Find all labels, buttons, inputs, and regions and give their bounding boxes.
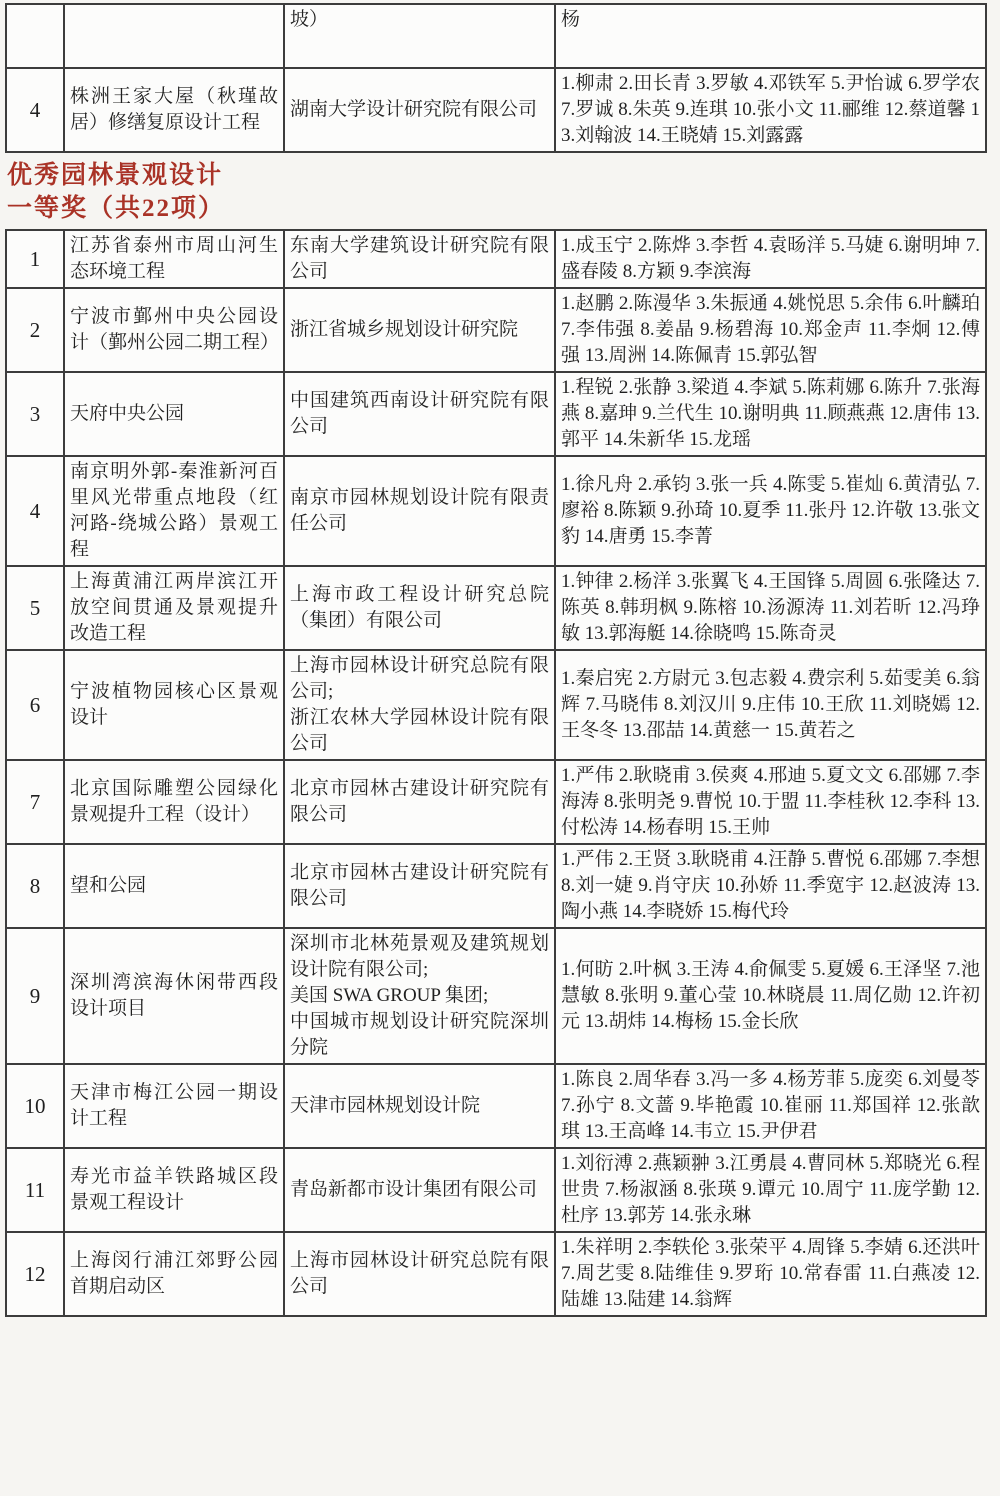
project-name-cell: 宁波植物园核心区景观设计: [64, 650, 284, 760]
rank-cell: 3: [6, 372, 64, 456]
project-name-cell: 江苏省泰州市周山河生态环境工程: [64, 230, 284, 288]
rank-cell: 9: [6, 928, 64, 1064]
project-name-cell: 上海闵行浦江郊野公园首期启动区: [64, 1232, 284, 1316]
prize-tier-title: 一等奖（共22项）: [7, 192, 1000, 225]
rank-cell: 6: [6, 650, 64, 760]
rank-cell: 7: [6, 760, 64, 844]
design-company-cell: 北京市园林古建设计研究院有限公司: [284, 844, 555, 928]
table-row: 10 天津市梅江公园一期设计工程 天津市园林规划设计院 1.陈良 2.周华春 3…: [6, 1064, 986, 1148]
design-company-cell: 上海市政工程设计研究总院（集团）有限公司: [284, 566, 555, 650]
designer-names-cell: 杨: [555, 4, 986, 68]
designer-names-cell: 1.赵鹏 2.陈漫华 3.朱振通 4.姚悦思 5.余伟 6.叶麟珀 7.李伟强 …: [555, 288, 986, 372]
document-page: 坡） 杨 4 株洲王家大屋（秋瑾故居）修缮复原设计工程 湖南大学设计研究院有限公…: [0, 0, 1000, 1317]
design-company-cell: 上海市园林设计研究总院有限公司; 浙江农林大学园林设计院有限公司: [284, 650, 555, 760]
designer-names-cell: 1.何昉 2.叶枫 3.王涛 4.俞佩雯 5.夏媛 6.王泽坚 7.池慧敏 8.…: [555, 928, 986, 1064]
table-row: 11 寿光市益羊铁路城区段景观工程设计 青岛新都市设计集团有限公司 1.刘衍溥 …: [6, 1148, 986, 1232]
project-name-cell: [64, 4, 284, 68]
designer-names-cell: 1.成玉宁 2.陈烨 3.李哲 4.袁旸洋 5.马婕 6.谢明坤 7.盛春陵 8…: [555, 230, 986, 288]
designer-names-cell: 1.徐凡舟 2.承钧 3.张一兵 4.陈雯 5.崔灿 6.黄清弘 7.廖裕 8.…: [555, 456, 986, 566]
table-row: 7 北京国际雕塑公园绿化景观提升工程（设计） 北京市园林古建设计研究院有限公司 …: [6, 760, 986, 844]
designer-names-cell: 1.严伟 2.耿晓甫 3.侯爽 4.邢迪 5.夏文文 6.邵娜 7.李海涛 8.…: [555, 760, 986, 844]
rank-cell: 8: [6, 844, 64, 928]
section-heading: 优秀园林景观设计 一等奖（共22项）: [5, 153, 1000, 229]
rank-cell: 10: [6, 1064, 64, 1148]
design-company-cell: 北京市园林古建设计研究院有限公司: [284, 760, 555, 844]
rank-cell: 4: [6, 456, 64, 566]
design-company-cell: 坡）: [284, 4, 555, 68]
design-company-cell: 湖南大学设计研究院有限公司: [284, 68, 555, 152]
design-company-cell: 南京市园林规划设计院有限责任公司: [284, 456, 555, 566]
section-title: 优秀园林景观设计: [7, 159, 1000, 192]
rank-cell: 4: [6, 68, 64, 152]
rank-cell: 11: [6, 1148, 64, 1232]
table-row: 4 南京明外郭-秦淮新河百里风光带重点地段（红河路-绕城公路）景观工程 南京市园…: [6, 456, 986, 566]
table-row: 2 宁波市鄞州中央公园设计（鄞州公园二期工程） 浙江省城乡规划设计研究院 1.赵…: [6, 288, 986, 372]
designer-names-cell: 1.柳肃 2.田长青 3.罗敏 4.邓铁军 5.尹怡诚 6.罗学农 7.罗诚 8…: [555, 68, 986, 152]
design-company-cell: 上海市园林设计研究总院有限公司: [284, 1232, 555, 1316]
project-name-cell: 宁波市鄞州中央公园设计（鄞州公园二期工程）: [64, 288, 284, 372]
table-row: 6 宁波植物园核心区景观设计 上海市园林设计研究总院有限公司; 浙江农林大学园林…: [6, 650, 986, 760]
table-row: 3 天府中央公园 中国建筑西南设计研究院有限公司 1.程锐 2.张静 3.梁逍 …: [6, 372, 986, 456]
rank-cell: 5: [6, 566, 64, 650]
rank-cell: 12: [6, 1232, 64, 1316]
table-row: 4 株洲王家大屋（秋瑾故居）修缮复原设计工程 湖南大学设计研究院有限公司 1.柳…: [6, 68, 986, 152]
table-row: 9 深圳湾滨海休闲带西段设计项目 深圳市北林苑景观及建筑规划设计院有限公司; 美…: [6, 928, 986, 1064]
designer-names-cell: 1.陈良 2.周华春 3.冯一多 4.杨芳菲 5.庞奕 6.刘曼苓 7.孙宁 8…: [555, 1064, 986, 1148]
table-row: 8 望和公园 北京市园林古建设计研究院有限公司 1.严伟 2.王贤 3.耿晓甫 …: [6, 844, 986, 928]
design-company-cell: 东南大学建筑设计研究院有限公司: [284, 230, 555, 288]
first-prize-table: 1 江苏省泰州市周山河生态环境工程 东南大学建筑设计研究院有限公司 1.成玉宁 …: [5, 229, 987, 1317]
design-company-cell: 中国建筑西南设计研究院有限公司: [284, 372, 555, 456]
designer-names-cell: 1.程锐 2.张静 3.梁逍 4.李斌 5.陈莉娜 6.陈升 7.张海燕 8.嘉…: [555, 372, 986, 456]
designer-names-cell: 1.朱祥明 2.李轶伦 3.张荣平 4.周锋 5.李婧 6.还洪叶 7.周艺雯 …: [555, 1232, 986, 1316]
project-name-cell: 深圳湾滨海休闲带西段设计项目: [64, 928, 284, 1064]
design-company-cell: 青岛新都市设计集团有限公司: [284, 1148, 555, 1232]
designer-names-cell: 1.秦启宪 2.方尉元 3.包志毅 4.费宗利 5.茹雯美 6.翁辉 7.马晓伟…: [555, 650, 986, 760]
project-name-cell: 寿光市益羊铁路城区段景观工程设计: [64, 1148, 284, 1232]
design-company-cell: 天津市园林规划设计院: [284, 1064, 555, 1148]
project-name-cell: 北京国际雕塑公园绿化景观提升工程（设计）: [64, 760, 284, 844]
designer-names-cell: 1.钟律 2.杨洋 3.张翼飞 4.王国锋 5.周圆 6.张隆达 7.陈英 8.…: [555, 566, 986, 650]
rank-cell: [6, 4, 64, 68]
designer-names-cell: 1.严伟 2.王贤 3.耿晓甫 4.汪静 5.曹悦 6.邵娜 7.李想 8.刘一…: [555, 844, 986, 928]
table-row: 坡） 杨: [6, 4, 986, 68]
project-name-cell: 上海黄浦江两岸滨江开放空间贯通及景观提升改造工程: [64, 566, 284, 650]
rank-cell: 2: [6, 288, 64, 372]
project-name-cell: 天津市梅江公园一期设计工程: [64, 1064, 284, 1148]
design-company-cell: 深圳市北林苑景观及建筑规划设计院有限公司; 美国 SWA GROUP 集团; 中…: [284, 928, 555, 1064]
project-name-cell: 望和公园: [64, 844, 284, 928]
table-row: 1 江苏省泰州市周山河生态环境工程 东南大学建筑设计研究院有限公司 1.成玉宁 …: [6, 230, 986, 288]
project-name-cell: 株洲王家大屋（秋瑾故居）修缮复原设计工程: [64, 68, 284, 152]
awards-table-continued: 坡） 杨 4 株洲王家大屋（秋瑾故居）修缮复原设计工程 湖南大学设计研究院有限公…: [5, 3, 987, 153]
project-name-cell: 南京明外郭-秦淮新河百里风光带重点地段（红河路-绕城公路）景观工程: [64, 456, 284, 566]
rank-cell: 1: [6, 230, 64, 288]
design-company-cell: 浙江省城乡规划设计研究院: [284, 288, 555, 372]
designer-names-cell: 1.刘衍溥 2.燕颖翀 3.江勇晨 4.曹同林 5.郑晓光 6.程世贵 7.杨淑…: [555, 1148, 986, 1232]
table-row: 12 上海闵行浦江郊野公园首期启动区 上海市园林设计研究总院有限公司 1.朱祥明…: [6, 1232, 986, 1316]
project-name-cell: 天府中央公园: [64, 372, 284, 456]
table-row: 5 上海黄浦江两岸滨江开放空间贯通及景观提升改造工程 上海市政工程设计研究总院（…: [6, 566, 986, 650]
